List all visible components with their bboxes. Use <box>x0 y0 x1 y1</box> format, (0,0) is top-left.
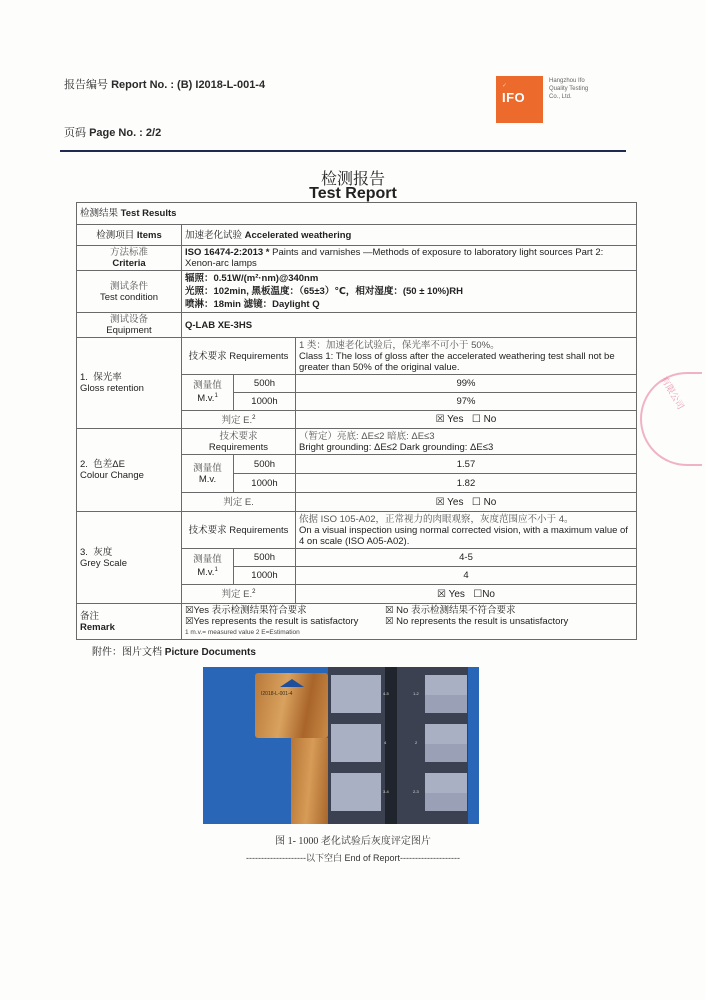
photo-caption: 图 1- 1000 老化试验后灰度评定图片 <box>0 832 706 847</box>
row-test-condition: 测试条件Test condition 辐照：0.51W/(m²·nm)@340n… <box>77 271 637 313</box>
end-of-report: --------------------以下空白 End of Report--… <box>0 851 706 864</box>
yes-checkbox: ☒ Yes <box>437 589 465 600</box>
company-seal-icon: 有限公司 <box>640 372 702 466</box>
attachment-label: 附件：图片文档 Picture Documents <box>92 643 256 658</box>
row-items: 检测项目 Items 加速老化试验 Accelerated weathering <box>77 225 637 246</box>
test-grey-requirements: 3. 灰度Grey Scale 技术要求 Requirements 依据 ISO… <box>77 512 637 549</box>
no-checkbox: ☐ No <box>472 414 497 425</box>
yes-checkbox: ☒ Yes <box>436 497 464 508</box>
row-criteria: 方法标准Criteria ISO 16474-2:2013 * Paints a… <box>77 246 637 271</box>
test-results-table: 检测结果 Test Results 检测项目 Items 加速老化试验 Acce… <box>76 202 637 640</box>
grey-scale-photo: I2018-L-001-4 4-5 4 3-4 1-2 2 2-3 <box>203 667 479 824</box>
logo-mark-icon: ✓ <box>502 82 507 89</box>
no-checkbox: ☐ No <box>472 497 497 508</box>
table-section-header: 检测结果 Test Results <box>77 203 637 225</box>
row-remark: 备注Remark ☒Yes 表示检测结果符合要求☒ No 表示检测结果不符合要求… <box>77 604 637 640</box>
page-title: Test Report <box>0 185 706 203</box>
yes-checkbox: ☒ Yes <box>436 414 464 425</box>
page-number: 页码 Page No. : 2/2 <box>64 124 161 140</box>
report-number: 报告编号 Report No. : (B) I2018-L-001-4 <box>64 76 265 92</box>
test-gloss-requirements: 1. 保光率Gloss retention 技术要求 Requirements … <box>77 338 637 375</box>
no-checkbox: ☐No <box>473 589 495 600</box>
row-equipment: 测试设备Equipment Q-LAB XE-3HS <box>77 313 637 338</box>
hang-hole-icon <box>280 679 304 687</box>
test-colour-requirements: 2. 色差ΔEColour Change 技术要求Requirements （暂… <box>77 429 637 455</box>
company-logo: ✓ IFO <box>496 76 543 123</box>
sample-panel-lower <box>291 738 328 824</box>
header-divider <box>60 150 626 152</box>
company-name: Hangzhou Ifo Quality Testing Co., Ltd. <box>549 77 609 101</box>
sample-label: I2018-L-001-4 <box>261 691 292 697</box>
